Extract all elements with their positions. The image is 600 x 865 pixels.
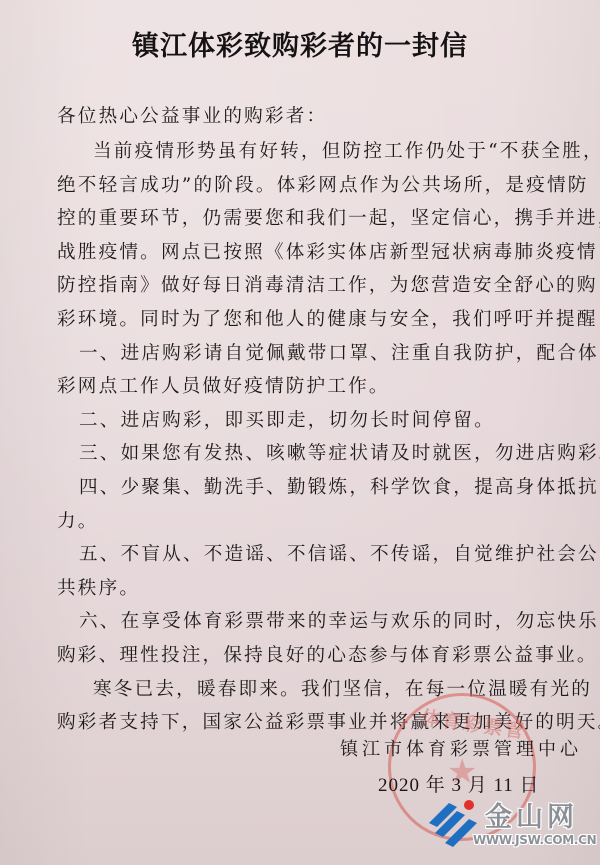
- site-watermark: 金山网 WWW.JSW.COM.CN: [427, 793, 600, 858]
- body-line: 购彩、理性投注，保持良好的心态参与体育彩票公益事业。: [57, 645, 598, 667]
- body-line: 四、少聚集、勤洗手、勤锻炼，科学饮食，提高身体抵抗: [79, 477, 599, 499]
- letter-title: 镇江体彩致购彩者的一封信: [0, 24, 600, 63]
- body-line: 二、进店购彩，即买即走，切勿长时间停留。: [79, 410, 495, 432]
- signature: 镇江市体育彩票管理中心: [340, 735, 582, 761]
- body-line: 彩环境。同时为了您和他人的健康与安全，我们呼吁并提醒：: [57, 309, 600, 331]
- watermark-url: WWW.JSW.COM.CN: [473, 833, 596, 847]
- body-line: 五、不盲从、不造谣、不信谣、不传谣，自觉维护社会公: [79, 544, 599, 566]
- jsw-logo-icon: [427, 793, 479, 851]
- greeting: 各位热心公益事业的购彩者：: [57, 106, 327, 128]
- body-line: 三、如果您有发热、咳嗽等症状请及时就医，勿进店购彩。: [79, 443, 600, 465]
- body-line: 绝不轻言成功”的阶段。体彩网点作为公共场所，是疫情防: [57, 175, 589, 197]
- body-line: 共秩序。: [57, 578, 140, 600]
- body-line: 战胜疫情。网点已按照《体彩实体店新型冠状病毒肺炎疫情: [57, 242, 598, 264]
- body-line: 一、进店购彩请自觉佩戴带口罩、注重自我防护，配合体: [79, 343, 599, 365]
- body-line: 控的重要环节，仍需要您和我们一起，坚定信心，携手并进，: [57, 208, 600, 230]
- body-line: 力。: [57, 511, 99, 533]
- body-line: 寒冬已去，暖春即来。我们坚信，在每一位温暖有光的: [93, 679, 592, 701]
- body-line: 彩网点工作人员做好疫情防护工作。: [57, 376, 390, 398]
- watermark-name: 金山网: [485, 795, 578, 834]
- body-line: 六、在享受体育彩票带来的幸运与欢乐的同时，勿忘快乐: [79, 611, 599, 633]
- body-line: 防控指南》做好每日消毒清洁工作，为您营造安全舒心的购: [57, 275, 598, 297]
- body-line: 当前疫情形势虽有好转，但防控工作仍处于“不获全胜，: [93, 141, 600, 163]
